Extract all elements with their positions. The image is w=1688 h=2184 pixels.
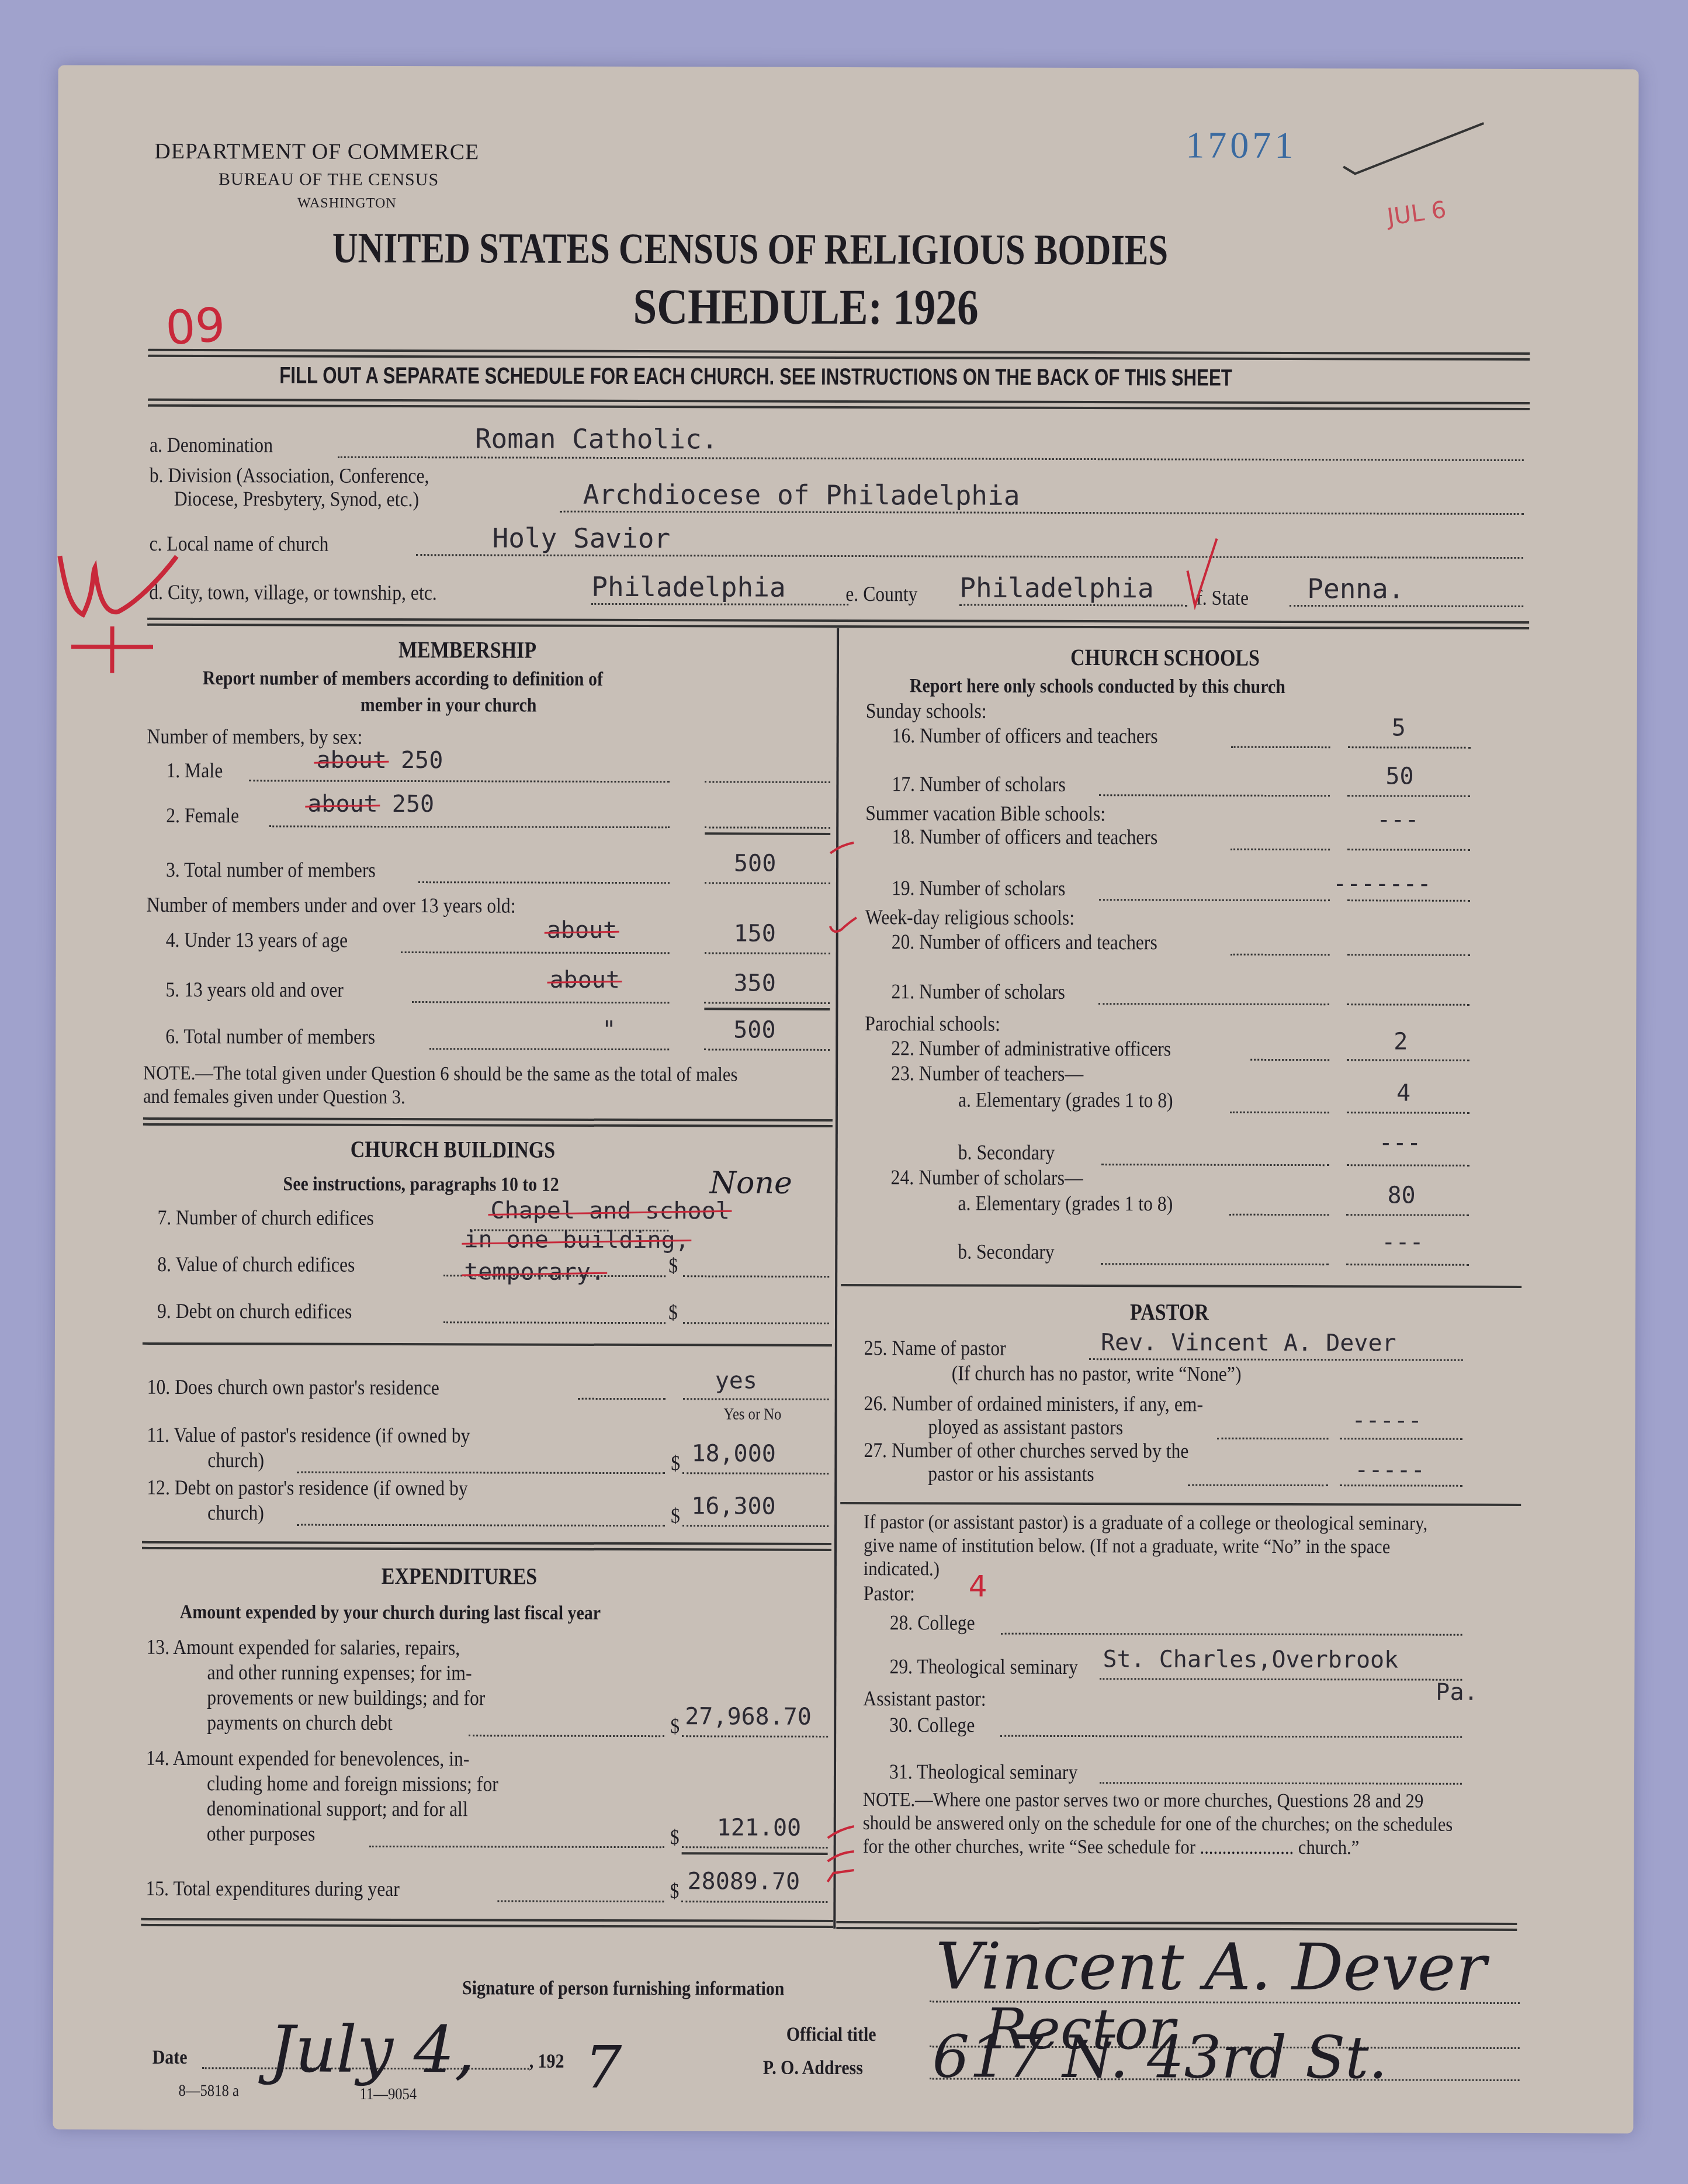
- q27-field[interactable]: -----: [1354, 1456, 1425, 1483]
- year-field[interactable]: 7: [585, 2033, 622, 2102]
- buildings-rule: [143, 1342, 832, 1347]
- q31-field[interactable]: [1100, 1782, 1462, 1785]
- q24a-line: [1229, 1214, 1329, 1216]
- denomination-line: [338, 456, 1524, 461]
- state-field[interactable]: Penna.: [1307, 573, 1404, 604]
- pastor-red-mark: 4: [969, 1570, 987, 1604]
- over-13-field[interactable]: 350: [733, 970, 775, 996]
- header-rule-bottom: [148, 399, 1530, 410]
- q26-label-1: 26. Number of ordained ministers, if any…: [864, 1391, 1203, 1417]
- print-number: 11—9054: [359, 2085, 417, 2104]
- ditto-mark: ": [602, 1016, 616, 1043]
- q23-label: 23. Number of teachers—: [891, 1061, 1083, 1086]
- margin-w-mark-icon: [48, 544, 183, 673]
- q24b-label: b. Secondary: [958, 1240, 1055, 1264]
- q25-line: [1089, 1358, 1463, 1361]
- q29-field-state: Pa.: [1436, 1679, 1478, 1706]
- over-13-value-line: [704, 1002, 830, 1004]
- year-prefix: , 192: [529, 2051, 564, 2073]
- header-rule-top: [148, 349, 1530, 361]
- total-members-value-line: [705, 882, 830, 884]
- q29-label: 29. Theological seminary: [889, 1654, 1077, 1679]
- signature-field[interactable]: Vincent A. Dever: [935, 1929, 1486, 2005]
- department-heading: DEPARTMENT OF COMMERCE: [154, 139, 479, 165]
- male-field[interactable]: about 250: [316, 747, 443, 774]
- q18-field[interactable]: ---: [1377, 806, 1419, 833]
- red-check-icon: [1184, 536, 1219, 612]
- over-13-struck-text: about: [549, 967, 620, 994]
- total-members-2-label: 6. Total number of members: [165, 1024, 375, 1049]
- edifices-count-label: 7. Number of church edifices: [157, 1205, 373, 1230]
- q17-line: [1099, 794, 1330, 797]
- none-annotation: None: [710, 1165, 792, 1200]
- q20-line: [1231, 954, 1330, 956]
- edifices-debt-currency: $: [668, 1300, 678, 1324]
- q21-value-field[interactable]: [1347, 1003, 1469, 1006]
- exp13-amount-line: [682, 1735, 828, 1737]
- total-members-line: [418, 881, 670, 884]
- residence-debt-line: [297, 1524, 665, 1527]
- q16-field[interactable]: 5: [1392, 714, 1406, 741]
- official-title-label: Official title: [786, 2024, 876, 2046]
- q26-value-line: [1340, 1438, 1462, 1440]
- exp14-field[interactable]: 121.00: [717, 1814, 802, 1841]
- division-field[interactable]: Archdiocese of Philadelphia: [583, 479, 1020, 511]
- under-13-field[interactable]: 150: [734, 920, 776, 947]
- q17-label: 17. Number of scholars: [892, 771, 1065, 797]
- under-13-value-line: [705, 952, 830, 954]
- residence-value-line: [297, 1472, 665, 1475]
- q30-label: 30. College: [889, 1712, 975, 1737]
- exp14-label-4: other purposes: [207, 1821, 316, 1846]
- male-struck-text: about: [316, 747, 387, 774]
- total-members-field[interactable]: 500: [734, 850, 776, 877]
- exp15-label: 15. Total expenditures during year: [145, 1876, 400, 1901]
- schools-rule: [841, 1284, 1521, 1288]
- over-13-struck: about: [549, 967, 620, 994]
- q29-field[interactable]: St. Charles,Overbrook: [1103, 1646, 1398, 1673]
- q20-label: 20. Number of officers and teachers: [892, 929, 1157, 954]
- residence-debt-field[interactable]: 16,300: [691, 1493, 776, 1520]
- denomination-label: a. Denomination: [150, 432, 273, 458]
- membership-heading: MEMBERSHIP: [398, 636, 536, 664]
- exp14-sum-rule: [682, 1852, 828, 1855]
- edifices-struck-1: Chapel and school: [490, 1197, 730, 1224]
- exp13-line: [469, 1735, 664, 1737]
- exp14-line: [369, 1846, 664, 1848]
- under-13-line: [401, 951, 670, 954]
- membership-subheading-2: member in your church: [361, 694, 537, 717]
- church-schools-heading: CHURCH SCHOOLS: [1070, 643, 1260, 672]
- edifices-debt-note: temporary.: [464, 1258, 605, 1286]
- total-members-2-value-line: [704, 1048, 830, 1051]
- exp13-label-3: provements or new buildings; and for: [207, 1685, 485, 1710]
- q23b-value-line: [1347, 1164, 1469, 1167]
- residence-debt-amount-line: [682, 1525, 829, 1527]
- church-name-line: [416, 554, 1523, 559]
- denomination-field[interactable]: Roman Catholic.: [475, 423, 718, 455]
- expenditures-subheading: Amount expended by your church during la…: [180, 1601, 601, 1625]
- date-field[interactable]: July 4,: [269, 2012, 476, 2087]
- church-buildings-subheading: See instructions, paragraphs 10 to 12: [283, 1173, 559, 1196]
- q16-label: 16. Number of officers and teachers: [892, 723, 1158, 748]
- female-field[interactable]: about 250: [307, 791, 434, 818]
- q19-value-line: [1347, 899, 1470, 902]
- edifices-count-field[interactable]: Chapel and school: [490, 1197, 730, 1224]
- over-13-label: 5. 13 years old and over: [165, 977, 344, 1002]
- exp13-label-1: 13. Amount expended for salaries, repair…: [146, 1635, 460, 1660]
- residence-rule: [142, 1541, 831, 1551]
- county-label: e. County: [845, 582, 917, 606]
- under-13-label: 4. Under 13 years of age: [166, 927, 348, 953]
- q19-label: 19. Number of scholars: [892, 875, 1065, 901]
- q28-field[interactable]: [1001, 1633, 1462, 1636]
- sunday-schools-label: Sunday schools:: [866, 698, 987, 724]
- q25-hint: (If church has no pastor, write “None”): [952, 1361, 1242, 1386]
- edifices-debt-amount-line[interactable]: [683, 1322, 829, 1324]
- owns-residence-label: 10. Does church own pastor's residence: [147, 1375, 439, 1400]
- q21-label: 21. Number of scholars: [891, 979, 1065, 1004]
- q23a-line: [1230, 1112, 1329, 1113]
- edifices-value-currency: $: [668, 1253, 678, 1278]
- under-13-struck-text: about: [547, 917, 618, 944]
- schedule-year: SCHEDULE: 1926: [633, 277, 978, 337]
- yes-or-no-hint: Yes or No: [724, 1405, 782, 1424]
- church-name-field[interactable]: Holy Savior: [492, 522, 670, 554]
- residence-debt-label-2: church): [207, 1500, 264, 1525]
- address-field[interactable]: 617 N. 43rd St.: [933, 2022, 1388, 2092]
- exp15-field[interactable]: 28089.70: [687, 1868, 800, 1895]
- form-number: 8—5818 a: [179, 2082, 239, 2100]
- date-label: Date: [152, 2047, 188, 2069]
- female-value: 250: [392, 791, 434, 818]
- exp13-label-4: payments on church debt: [207, 1710, 393, 1735]
- graduate-note: If pastor (or assistant pastor) is a gra…: [864, 1511, 1458, 1583]
- q27-value-line: [1340, 1484, 1462, 1487]
- q18-value-line: [1347, 849, 1470, 851]
- q29-line: [1100, 1678, 1462, 1681]
- membership-note: NOTE.—The total given under Question 6 s…: [143, 1062, 764, 1110]
- q31-label: 31. Theological seminary: [889, 1759, 1077, 1784]
- q27-line: [1188, 1484, 1328, 1487]
- bureau-heading: BUREAU OF THE CENSUS: [219, 169, 439, 190]
- q18-label: 18. Number of officers and teachers: [892, 824, 1157, 849]
- q18-line: [1231, 849, 1330, 850]
- signature-label: Signature of person furnishing informati…: [462, 1977, 784, 2000]
- pastor-note: NOTE.—Where one pastor serves two or mor…: [863, 1788, 1457, 1860]
- church-buildings-heading: CHURCH BUILDINGS: [351, 1136, 556, 1164]
- red-tick-marks-icon: [824, 836, 862, 1888]
- edifices-debt-line: [443, 1321, 666, 1324]
- q17-field[interactable]: 50: [1385, 763, 1413, 790]
- exp13-currency: $: [670, 1714, 680, 1738]
- q24a-field[interactable]: 80: [1388, 1182, 1416, 1209]
- residence-value-label-1: 11. Value of pastor's residence (if owne…: [147, 1422, 470, 1448]
- male-value: 250: [401, 747, 443, 774]
- county-field[interactable]: Philadelphia: [959, 572, 1153, 604]
- q27-label-2: pastor or his assistants: [928, 1461, 1094, 1486]
- q25-field[interactable]: Rev. Vincent A. Dever: [1101, 1329, 1396, 1356]
- exp14-amount-line: [682, 1846, 828, 1849]
- exp13-label-2: and other running expenses; for im-: [207, 1660, 472, 1685]
- members-by-sex-label: Number of members, by sex:: [147, 724, 363, 749]
- stamp-number: 17071: [1186, 124, 1297, 167]
- fill-out-instruction: FILL OUT A SEPARATE SCHEDULE FOR EACH CH…: [279, 362, 1232, 391]
- q16-line: [1231, 746, 1330, 748]
- edifices-debt-label: 9. Debt on church edifices: [157, 1299, 352, 1324]
- pastor-rule: [840, 1502, 1521, 1506]
- q23a-field[interactable]: 4: [1396, 1079, 1410, 1106]
- q22-field[interactable]: 2: [1394, 1028, 1408, 1055]
- exp14-currency: $: [670, 1825, 680, 1849]
- owns-residence-value-line: [683, 1398, 829, 1400]
- division-label-1: b. Division (Association, Conference,: [150, 463, 429, 488]
- q24b-line: [1101, 1263, 1329, 1265]
- residence-value-label-2: church): [207, 1448, 264, 1472]
- residence-value-amount-line: [682, 1472, 829, 1475]
- margin-mark-09: 09: [164, 297, 227, 356]
- q19-field[interactable]: -------: [1333, 870, 1431, 897]
- city-label: d. City, town, village, or township, etc…: [149, 580, 437, 605]
- female-sum-rule: [705, 832, 830, 835]
- q24b-value-line: [1346, 1264, 1469, 1266]
- q22-label: 22. Number of administrative officers: [891, 1036, 1171, 1061]
- q23b-field[interactable]: ---: [1379, 1129, 1421, 1156]
- exp14-label-2: cluding home and foreign missions; for: [207, 1771, 498, 1796]
- q24a-value-line: [1346, 1214, 1469, 1216]
- q25-label: 25. Name of pastor: [864, 1335, 1006, 1361]
- q19-line: [1099, 899, 1330, 901]
- weekday-schools-label: Week-day religious schools:: [865, 905, 1075, 930]
- female-total-line: [705, 826, 830, 829]
- total-members-label: 3. Total number of members: [166, 857, 376, 882]
- male-total-line: [705, 781, 830, 783]
- owns-residence-line: [578, 1398, 666, 1400]
- total-members-2-line: [429, 1048, 669, 1050]
- church-schools-subheading: Report here only schools conducted by th…: [910, 675, 1285, 698]
- exp15-amount-line: [681, 1901, 827, 1903]
- total-members-2-value: 500: [733, 1016, 775, 1043]
- under-13-struck: about: [547, 917, 618, 944]
- q23a-label: a. Elementary (grades 1 to 8): [958, 1088, 1173, 1113]
- q26-line: [1217, 1438, 1328, 1439]
- parochial-schools-label: Parochial schools:: [865, 1011, 1000, 1036]
- edifices-value-amount-line: [683, 1275, 829, 1278]
- q24a-label: a. Elementary (grades 1 to 8): [958, 1191, 1173, 1216]
- q20-value-field[interactable]: [1347, 954, 1470, 956]
- edifices-struck-3: temporary.: [464, 1258, 605, 1286]
- location-heading: WASHINGTON: [297, 196, 397, 212]
- expenditures-rule: [141, 1918, 833, 1928]
- female-struck-text: about: [307, 791, 378, 818]
- exp14-label-1: 14. Amount expended for benevolences, in…: [146, 1746, 469, 1771]
- q24b-field[interactable]: ---: [1381, 1228, 1423, 1255]
- q28-label: 28. College: [890, 1610, 975, 1635]
- city-field[interactable]: Philadelphia: [591, 571, 785, 603]
- over-13-line: [412, 1001, 669, 1003]
- female-label: 2. Female: [166, 803, 239, 828]
- female-line: [269, 825, 670, 828]
- q23b-line: [1101, 1164, 1329, 1166]
- q26-field[interactable]: -----: [1352, 1407, 1423, 1434]
- edifices-struck-2: in one building,: [464, 1226, 689, 1254]
- residence-value-currency: $: [671, 1451, 680, 1475]
- exp15-line: [497, 1900, 664, 1902]
- male-label: 1. Male: [166, 758, 223, 783]
- division-label-2: Diocese, Presbytery, Synod, etc.): [174, 486, 419, 511]
- residence-debt-label-1: 12. Debt on pastor's residence (if owned…: [147, 1475, 468, 1500]
- exp13-field[interactable]: 27,968.70: [685, 1703, 812, 1730]
- summer-schools-label: Summer vacation Bible schools:: [865, 801, 1105, 826]
- q16-value-line: [1348, 746, 1471, 749]
- residence-value-field[interactable]: 18,000: [691, 1440, 776, 1467]
- document-title: UNITED STATES CENSUS OF RELIGIOUS BODIES: [332, 224, 1169, 276]
- exp14-label-3: denominational support; and for all: [207, 1796, 468, 1821]
- pastor-heading: PASTOR: [1130, 1298, 1209, 1325]
- expenditures-heading: EXPENDITURES: [382, 1562, 538, 1590]
- q17-value-line: [1347, 795, 1470, 797]
- over-13-sum-rule: [704, 1008, 830, 1010]
- county-line: [959, 604, 1187, 607]
- edifices-value-label: 8. Value of church edifices: [157, 1252, 355, 1277]
- residence-debt-currency: $: [671, 1503, 680, 1528]
- pastor-sublabel: Pastor:: [864, 1581, 915, 1605]
- male-line: [249, 780, 670, 783]
- q23b-label: b. Secondary: [958, 1140, 1055, 1165]
- q30-field[interactable]: [1000, 1735, 1462, 1738]
- state-line: [1290, 605, 1523, 607]
- q23a-value-line: [1347, 1112, 1469, 1114]
- q24-label: 24. Number of scholars—: [891, 1165, 1083, 1190]
- checkmark-icon: [1337, 120, 1489, 179]
- q21-line: [1098, 1003, 1329, 1005]
- address-label: P. O. Address: [763, 2057, 863, 2079]
- membership-rule: [143, 1117, 833, 1127]
- division-line: [560, 511, 1524, 515]
- q26-label-2: ployed as assistant pastors: [928, 1414, 1123, 1439]
- membership-subheading-1: Report number of members according to de…: [203, 667, 603, 691]
- q22-line: [1250, 1059, 1329, 1061]
- received-date-stamp: JUL 6: [1385, 196, 1448, 231]
- owns-residence-field[interactable]: yes: [715, 1367, 757, 1394]
- q22-value-line: [1347, 1059, 1469, 1061]
- age-breakdown-label: Number of members under and over 13 year…: [147, 892, 516, 918]
- census-schedule-sheet: DEPARTMENT OF COMMERCE BUREAU OF THE CEN…: [53, 65, 1638, 2133]
- edifices-value-field[interactable]: in one building,: [464, 1226, 689, 1254]
- q27-label-1: 27. Number of other churches served by t…: [864, 1438, 1188, 1463]
- exp15-currency: $: [670, 1878, 679, 1903]
- assistant-pastor-sublabel: Assistant pastor:: [863, 1686, 986, 1711]
- city-line: [591, 603, 848, 605]
